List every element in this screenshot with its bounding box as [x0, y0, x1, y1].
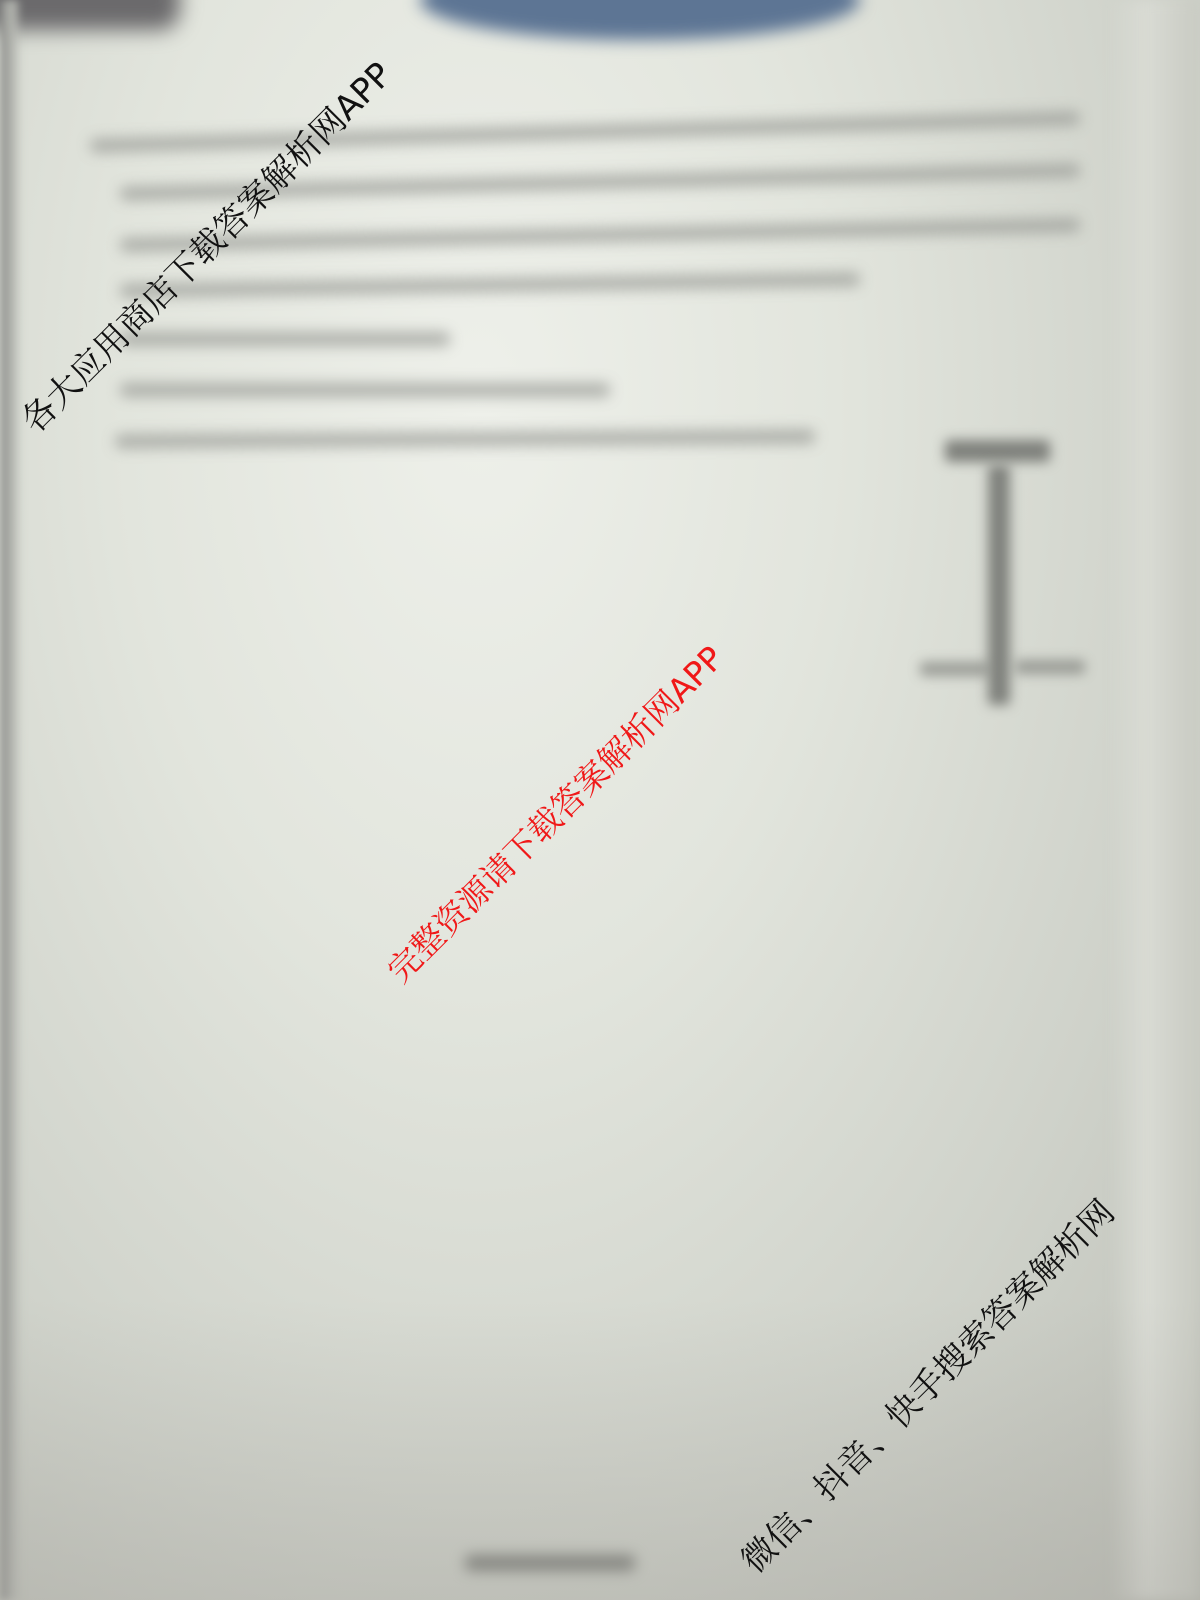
text-line: [120, 272, 860, 298]
text-line: [115, 430, 815, 449]
text-line: [120, 332, 450, 346]
text-line: [90, 111, 1080, 153]
figure-base-left: [920, 662, 990, 676]
background-object: [0, 0, 180, 30]
background-object-blue: [420, 0, 860, 40]
figure-stem: [988, 465, 1010, 705]
text-line: [120, 383, 610, 397]
photographed-page: [0, 0, 1200, 1600]
figure-top-bar: [945, 440, 1050, 462]
figure-base-right: [1015, 660, 1085, 674]
bottom-shading: [0, 1300, 1200, 1600]
text-line: [120, 218, 1080, 252]
